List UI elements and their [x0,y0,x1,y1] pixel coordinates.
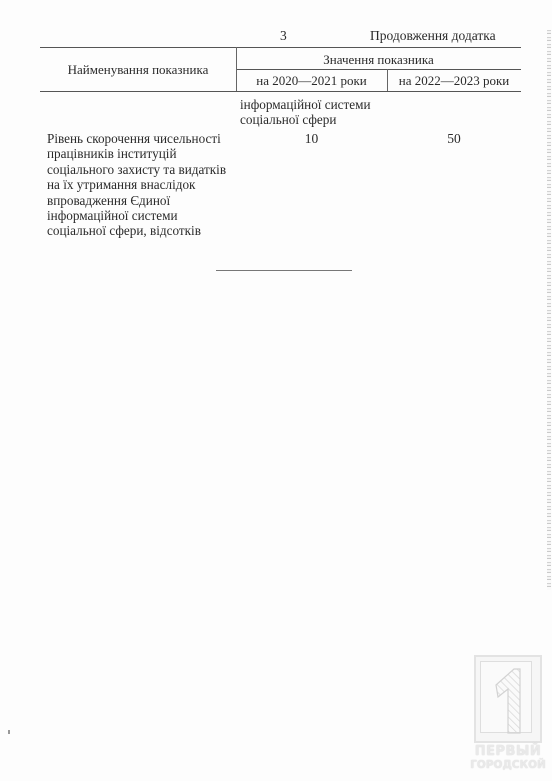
scan-speck [8,730,10,734]
end-of-document-line [216,270,352,271]
watermark-line2: ГОРОДСКОЙ [468,759,548,771]
scan-edge-artifact [547,30,551,590]
value-2020-2021: 10 [236,131,387,147]
carryover-text: інформаційної системи соціальної сфери [240,97,371,128]
name-column-header: Найменування показника [40,62,236,78]
value-group-header: Значення показника [236,52,521,68]
table-top-border [40,47,521,48]
period-2-header: на 2022—2023 роки [387,73,521,89]
continuation-label: Продовження додатка [370,28,496,44]
watermark-logo: ПЕРВЫЙ ГОРОДСКОЙ [474,655,546,773]
header-bottom-border [40,91,521,92]
value-2022-2023: 50 [387,131,521,147]
number-one-icon [474,655,542,743]
header-mid-border [236,69,521,70]
watermark-line1: ПЕРВЫЙ [468,744,548,759]
table-row-name: Рівень скорочення чисельності працівникі… [47,131,226,239]
page-number: 3 [280,28,287,44]
period-1-header: на 2020—2021 роки [236,73,387,89]
